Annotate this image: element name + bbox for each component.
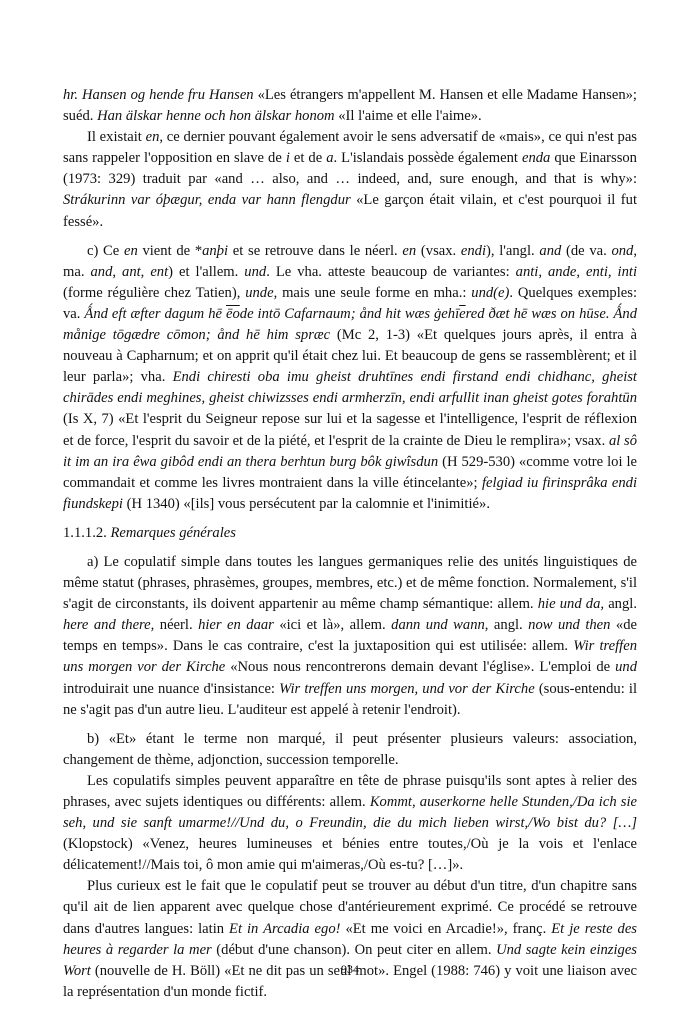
italic-example: Wir treffen uns morgen, und vor der Kirc… [279, 681, 535, 697]
text-run: (Is X, 7) «Et l'esprit du Seigneur repos… [63, 411, 637, 448]
italic-example: en [146, 129, 160, 145]
paragraph: Les copulatifs simples peuvent apparaîtr… [63, 771, 637, 876]
paragraph: Il existait en, ce dernier pouvant égale… [63, 127, 637, 232]
text-run: «ici et là», allem. [274, 617, 391, 633]
italic-example: Han älskar henne och hon älskar honom [97, 108, 335, 124]
italic-example: now und then [528, 617, 610, 633]
text-run: ), l'angl. [486, 243, 539, 259]
text-run: (H 1340) «[ils] vous persécutent par la … [123, 496, 490, 512]
text-run: «Il l'aime et elle l'aime». [335, 108, 482, 124]
italic-example: hier en daar [198, 617, 274, 633]
text-run: néerl. [154, 617, 198, 633]
italic-example: enda [522, 150, 550, 166]
text-run: ) et l'allem. [168, 264, 244, 280]
paragraph: hr. Hansen og hende fru Hansen «Les étra… [63, 85, 637, 127]
italic-example: und(e) [471, 285, 509, 301]
paragraph: c) Ce en vient de *anþi et se retrouve d… [63, 241, 637, 515]
italic-example: hie und da, [538, 596, 604, 612]
text-run: (Klopstock) «Venez, heures lumineuses et… [63, 836, 637, 873]
text-run: (début d'une chanson). On peut citer en … [212, 942, 496, 958]
paragraph: b) «Et» étant le terme non marqué, il pe… [63, 729, 637, 771]
italic-example: en [124, 243, 138, 259]
text-run: introduirait une nuance d'insistance: [63, 681, 279, 697]
section-number: 1.1.1.2. [63, 525, 107, 541]
italic-example: Ǻnd eft æfter dagum hē [84, 306, 226, 322]
italic-example: anþi [202, 243, 228, 259]
italic-example: und [615, 659, 637, 675]
text-run: angl. [488, 617, 528, 633]
text-run: «Et me voici en Arcadie!», franç. [340, 921, 551, 937]
paragraph: a) Le copulatif simple dans toutes les l… [63, 552, 637, 721]
italic-example: dann und wann, [391, 617, 488, 633]
italic-example: anti, ande, enti, inti [516, 264, 637, 280]
text-run: (de va. [561, 243, 611, 259]
text-run: (forme régulière chez Tatien), [63, 285, 245, 301]
document-page: hr. Hansen og hende fru Hansen «Les étra… [63, 85, 637, 1003]
italic-example: and, ant, ent [90, 264, 168, 280]
text-run: . Le vha. atteste beaucoup de variantes: [266, 264, 515, 280]
italic-example: and [539, 243, 561, 259]
text-run: vient de * [138, 243, 202, 259]
text-run: . L'islandais possède également [334, 150, 522, 166]
italic-example: ond [611, 243, 633, 259]
italic-example: und [244, 264, 266, 280]
text-run: Il existait [87, 129, 146, 145]
text-run: c) Ce [87, 243, 124, 259]
italic-example: de intō Cafarnaum; ånd hit wæs ġehī [240, 306, 459, 322]
text-run: angl. [604, 596, 637, 612]
page-number: 934 [0, 962, 700, 977]
italic-example: a [326, 150, 333, 166]
section-title: Remarques générales [110, 525, 236, 541]
italic-example: Strákurinn var óþægur, enda var hann fle… [63, 192, 351, 208]
text-run: , mais une seule forme en mha.: [274, 285, 472, 301]
italic-example: endi [461, 243, 486, 259]
italic-example: hr. Hansen og hende fru Hansen [63, 87, 254, 103]
text-run: et se retrouve dans le néerl. [228, 243, 402, 259]
italic-example: Et in Arcadia ego! [229, 921, 340, 937]
text-run: (vsax. [416, 243, 461, 259]
text-run: et de [290, 150, 326, 166]
italic-example: unde [245, 285, 273, 301]
text-run: b) «Et» étant le terme non marqué, il pe… [63, 731, 637, 768]
text-run: «Nous nous rencontrerons demain devant l… [225, 659, 615, 675]
italic-example: ēo [226, 306, 240, 322]
section-heading: 1.1.1.2. Remarques générales [63, 523, 637, 544]
italic-example: en [402, 243, 416, 259]
italic-example: here and there, [63, 617, 154, 633]
paragraph: Plus curieux est le fait que le copulati… [63, 876, 637, 1003]
